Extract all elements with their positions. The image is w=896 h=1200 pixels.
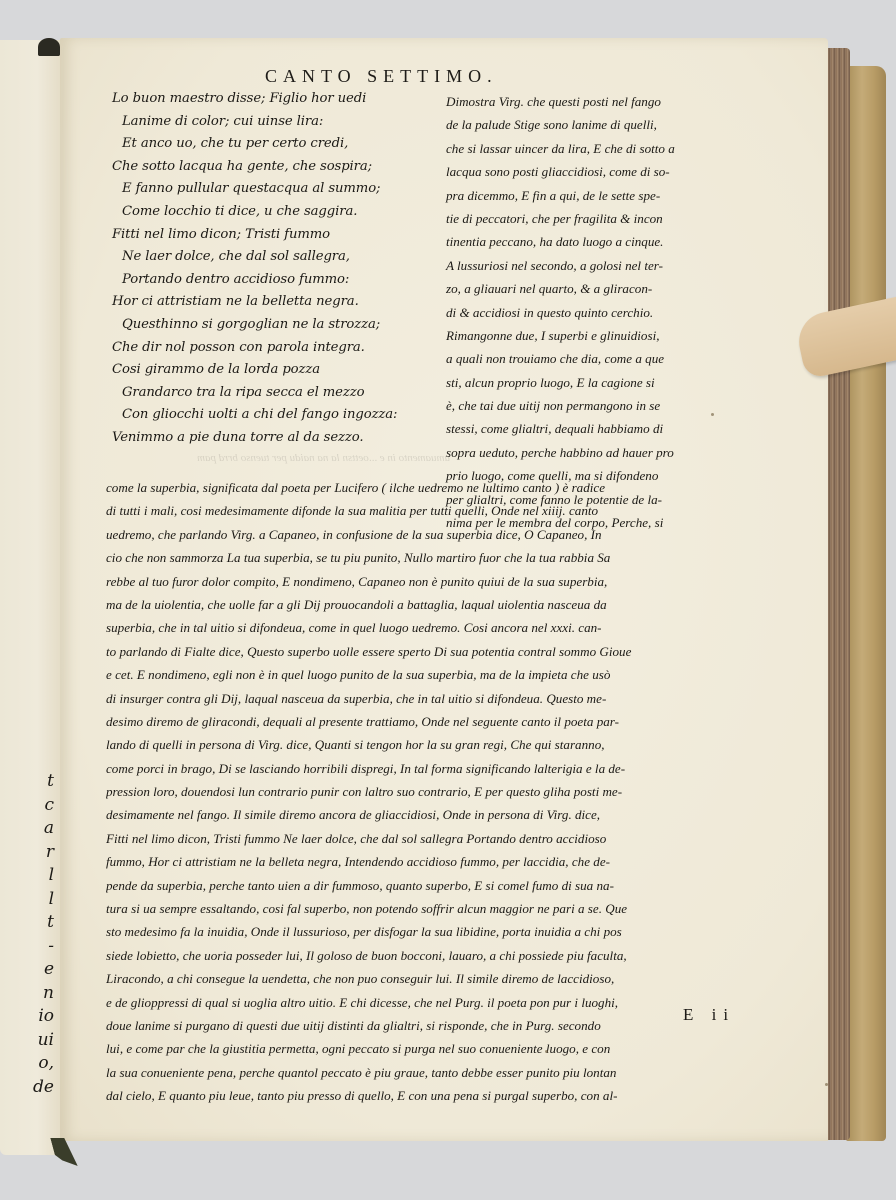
commentary-line: ma de la uiolentia, che uolle far a gli … bbox=[106, 593, 722, 616]
commentary-line: e de glioppressi di qual si uoglia altro… bbox=[106, 991, 722, 1014]
commentary-line: zo, a gliauari nel quarto, & a gliracon- bbox=[446, 277, 736, 300]
ink-show-through: umuamento in e ...oettsn la na naidu per… bbox=[120, 452, 450, 478]
commentary-line: lui, e come par che la giustitia permett… bbox=[106, 1037, 722, 1060]
commentary-line: stessi, come glialtri, dequali habbiamo … bbox=[446, 417, 736, 440]
verse-line: Lanime di color; cui uinse lira: bbox=[112, 111, 442, 134]
verse-line: Cosi girammo de la lorda pozza bbox=[112, 359, 442, 382]
commentary-line: sto medesimo fa la inuidia, Onde il luss… bbox=[106, 920, 722, 943]
paper-spot bbox=[545, 1050, 548, 1053]
commentary-line: sti, alcun proprio luogo, E la cagione s… bbox=[446, 371, 736, 394]
verse-line: Grandarco tra la ripa secca el mezzo bbox=[112, 382, 442, 405]
bookmark-ribbon-top bbox=[38, 38, 60, 56]
verse-line: Questhinno si gorgoglian ne la strozza; bbox=[112, 314, 442, 337]
commentary-line: de la palude Stige sono lanime di quelli… bbox=[446, 113, 736, 136]
commentary-line: pression loro, douendosi lun contrario p… bbox=[106, 780, 722, 803]
left-page-fragment: l bbox=[4, 864, 54, 888]
commentary-line: sopra ueduto, perche habbino ad hauer pr… bbox=[446, 441, 736, 464]
commentary-line: di & accidiosi in questo quinto cerchio. bbox=[446, 301, 736, 324]
left-page-fragment: c bbox=[4, 794, 54, 818]
commentary-line: tura si ua sempre essaltando, cosi fal s… bbox=[106, 897, 722, 920]
bookmark-ribbon-bottom bbox=[50, 1138, 78, 1166]
commentary-line: di tutti i mali, cosi medesimamente difo… bbox=[106, 499, 722, 522]
commentary-line: Fitti nel limo dicon, Tristi fummo Ne la… bbox=[106, 827, 722, 850]
commentary-line: desimamente nel fango. Il simile diremo … bbox=[106, 803, 722, 826]
page-fore-edges bbox=[826, 48, 850, 1140]
commentary-line: lando di quelli in persona di Virg. dice… bbox=[106, 733, 722, 756]
signature-mark: E ii bbox=[683, 1005, 735, 1025]
verse-line: Venimmo a pie duna torre al da sezzo. bbox=[112, 427, 442, 450]
left-page-fragment: n bbox=[4, 982, 54, 1006]
commentary-line: la sua conueniente pena, perche quantol … bbox=[106, 1061, 722, 1084]
verse-line: Come locchio ti dice, u che saggira. bbox=[112, 201, 442, 224]
verse-line: Et anco uo, che tu per certo credi, bbox=[112, 133, 442, 156]
left-page-fragment: io bbox=[4, 1005, 54, 1029]
commentary-line: che si lassar uincer da lira, E che di s… bbox=[446, 137, 736, 160]
commentary-line: dal cielo, E quanto piu leue, tanto piu … bbox=[106, 1084, 722, 1107]
left-page-verso: tcarllt-eniouio,de bbox=[0, 40, 64, 1155]
commentary-line: tie di peccatori, che per fragilita & in… bbox=[446, 207, 736, 230]
left-page-fragment: o, bbox=[4, 1052, 54, 1076]
commentary-line: superbia, che in tal uitio si difondeua,… bbox=[106, 616, 722, 639]
commentary-line: fummo, Hor ci attristiam ne la belleta n… bbox=[106, 850, 722, 873]
verse-line: E fanno pullular questacqua al summo; bbox=[112, 178, 442, 201]
commentary-line: a quali non trouiamo che dia, come a que bbox=[446, 347, 736, 370]
left-page-fragment: l bbox=[4, 888, 54, 912]
verse-line: Che dir nol posson con parola integra. bbox=[112, 337, 442, 360]
verse-line: Portando dentro accidioso fummo: bbox=[112, 269, 442, 292]
left-page-fragment: r bbox=[4, 841, 54, 865]
commentary-line: e cet. E nondimeno, egli non è in quel l… bbox=[106, 663, 722, 686]
commentary-line: come porci in brago, Di se lasciando hor… bbox=[106, 757, 722, 780]
verse-line: Ne laer dolce, che dal sol sallegra, bbox=[112, 246, 442, 269]
commentary-line: pende da superbia, perche tanto uien a d… bbox=[106, 874, 722, 897]
commentary-line: come la superbia, significata dal poeta … bbox=[106, 476, 722, 499]
commentary-line: di insurger contra gli Dij, laqual nasce… bbox=[106, 687, 722, 710]
commentary-line: tinentia peccano, ha dato luogo a cinque… bbox=[446, 230, 736, 253]
verse-line: Che sotto lacqua ha gente, che sospira; bbox=[112, 156, 442, 179]
commentary-line: to parlando di Fialte dice, Questo super… bbox=[106, 640, 722, 663]
commentary-line: A lussuriosi nel secondo, a golosi nel t… bbox=[446, 254, 736, 277]
paper-spot bbox=[711, 413, 714, 416]
running-head: CANTO SETTIMO. bbox=[265, 66, 498, 87]
commentary-line: pra dicemmo, E fin a qui, de le sette sp… bbox=[446, 184, 736, 207]
verse-line: Lo buon maestro disse; Figlio hor uedi bbox=[112, 88, 442, 111]
commentary-line: desimo diremo de gliracondi, dequali al … bbox=[106, 710, 722, 733]
left-page-fragment: e bbox=[4, 958, 54, 982]
left-page-fragment: a bbox=[4, 817, 54, 841]
commentary-line: doue lanime si purgano di questi due uit… bbox=[106, 1014, 722, 1037]
verse-line: Con gliocchi uolti a chi del fango ingoz… bbox=[112, 404, 442, 427]
commentary-line: rebbe al tuo furor dolor compito, E nond… bbox=[106, 570, 722, 593]
commentary-line: Dimostra Virg. che questi posti nel fang… bbox=[446, 90, 736, 113]
left-page-fragment: - bbox=[4, 935, 54, 959]
commentary-line: Rimangonne due, I superbi e glinuidiosi, bbox=[446, 324, 736, 347]
commentary-line: lacqua sono posti gliaccidiosi, come di … bbox=[446, 160, 736, 183]
verse-block: Lo buon maestro disse; Figlio hor uediLa… bbox=[112, 88, 442, 450]
commentary-line: è, che tai due uitij non permangono in s… bbox=[446, 394, 736, 417]
commentary-line: siede lobietto, che uoria posseder lui, … bbox=[106, 944, 722, 967]
commentary-line: cio che non sammorza La tua superbia, se… bbox=[106, 546, 722, 569]
commentary-column: Dimostra Virg. che questi posti nel fang… bbox=[446, 90, 736, 534]
vellum-binding bbox=[846, 66, 886, 1141]
paper-spot bbox=[825, 1083, 828, 1086]
book-photo-scene: tcarllt-eniouio,de CANTO SETTIMO. Lo buo… bbox=[0, 0, 896, 1200]
verse-line: Fitti nel limo dicon; Tristi fummo bbox=[112, 224, 442, 247]
left-page-fragment: t bbox=[4, 770, 54, 794]
left-page-fragment: t bbox=[4, 911, 54, 935]
commentary-full-width: come la superbia, significata dal poeta … bbox=[106, 476, 722, 1108]
commentary-line: uedremo, che parlando Virg. a Capaneo, i… bbox=[106, 523, 722, 546]
left-page-fragment: de bbox=[4, 1076, 54, 1100]
commentary-line: Liracondo, a chi consegue la uendetta, c… bbox=[106, 967, 722, 990]
left-page-fragment: ui bbox=[4, 1029, 54, 1053]
verse-line: Hor ci attristiam ne la belletta negra. bbox=[112, 291, 442, 314]
left-page-text-fragments: tcarllt-eniouio,de bbox=[4, 770, 54, 1099]
